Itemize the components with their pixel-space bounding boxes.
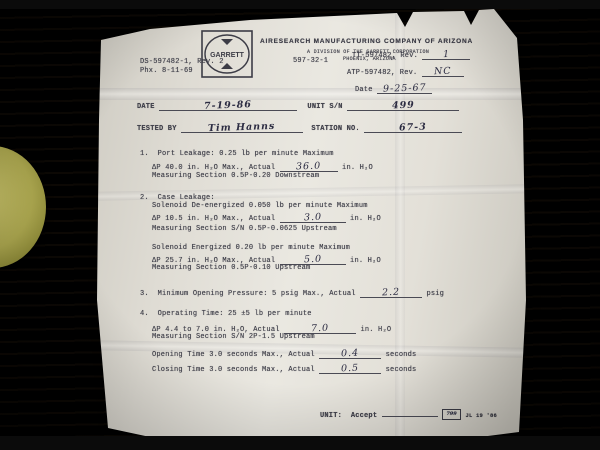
section2-value2-handwritten: 5.0 (303, 255, 321, 265)
section1-line1-post: in. H₂O (342, 164, 373, 172)
section3-value-handwritten: 2.2 (382, 288, 400, 298)
section2-line3-post: in. H₂O (350, 257, 381, 265)
atp-row: ATP-597482, Rev. NC (347, 67, 464, 77)
header-date-value-handwritten: 9-25-67 (383, 83, 427, 94)
section3-number: 3. (140, 290, 149, 298)
section2-sub1: Solenoid De-energized 0.050 lb per minut… (152, 202, 368, 210)
section4-title-text: Operating Time: 25 ±5 lb per minute (158, 310, 312, 318)
section4-line4-pre: Closing Time 3.0 seconds Max., Actual (152, 366, 315, 374)
accept-label: Accept (351, 412, 377, 420)
section2-value1-handwritten: 3.0 (303, 213, 321, 223)
section4-blank3: 0.5 (319, 364, 381, 374)
tested-by-label: TESTED BY (137, 125, 177, 133)
tested-by-blank: Tim Hanns (181, 123, 303, 133)
stamp-date: JL 19 '86 (465, 412, 497, 419)
unit-label: UNIT: (320, 412, 342, 420)
atp-value-handwritten: NC (434, 67, 452, 77)
section1-measuring-row: Measuring Section 0.5P-0.20 Downstream (152, 172, 319, 180)
paper-crease (95, 88, 527, 100)
tested-by-value-handwritten: Tim Hanns (208, 122, 276, 133)
section2-sub2: Solenoid Energized 0.20 lb per minute Ma… (152, 244, 350, 252)
section4-value3-handwritten: 0.5 (341, 364, 359, 374)
section4-line4-post: seconds (386, 366, 417, 374)
header-date-label: Date (355, 86, 373, 94)
document-paper-wrap: GARRETT AIRESEARCH MANUFACTURING COMPANY… (95, 8, 527, 437)
ti-row: TI-597482, Rev. 1 (352, 50, 470, 60)
doc-ref-line2: Phx. 8-11-69 (140, 67, 193, 75)
section3-title-post: psig (426, 290, 444, 298)
section4-measuring-row: Measuring Section S/N 2P-1.5 Upstream (152, 333, 315, 341)
section4-title: 4. Operating Time: 25 ±5 lb per minute (140, 310, 312, 318)
doc-ref-line1: DS-597482-1, Rev. 2 (140, 58, 224, 66)
section1-actual-row: ΔP 40.0 in. H₂O Max., Actual 36.0 in. H₂… (152, 162, 373, 172)
atp-blank: NC (422, 67, 464, 77)
company-name: AIRESEARCH MANUFACTURING COMPANY OF ARIZ… (260, 38, 473, 46)
unit-sn-label: UNIT S/N (307, 103, 342, 111)
garrett-logo: GARRETT (200, 28, 254, 80)
unit-sn-value-handwritten: 499 (391, 101, 414, 111)
letterbox-bottom (0, 436, 600, 450)
letterbox-top (0, 0, 600, 9)
section4-closing-time-row: Closing Time 3.0 seconds Max., Actual 0.… (152, 364, 416, 374)
ti-value-handwritten: 1 (443, 50, 450, 59)
form-date-value-handwritten: 7-19-86 (204, 100, 252, 111)
section4-blank2: 0.4 (319, 349, 381, 359)
document-paper: GARRETT AIRESEARCH MANUFACTURING COMPANY… (95, 8, 527, 437)
section1-blank: 36.0 (280, 162, 338, 172)
section2-number: 2. (140, 194, 149, 202)
header-date-row: Date 9-25-67 (355, 84, 432, 94)
section3-blank: 2.2 (360, 288, 422, 298)
unit-sn-blank: 499 (347, 101, 459, 111)
section4-opening-time-row: Opening Time 3.0 seconds Max., Actual 0.… (152, 349, 416, 359)
section4-line3-pre: Opening Time 3.0 seconds Max., Actual (152, 351, 315, 359)
station-blank: 67-3 (364, 123, 462, 133)
logo-triangle-down-icon (221, 39, 233, 45)
section2-line1-pre: ΔP 10.5 in. H₂O Max., Actual (152, 215, 275, 223)
section2-measuring-row2: Measuring Section 0.5P-0.10 Upstream (152, 264, 310, 272)
tested-by-row: TESTED BY Tim Hanns STATION NO. 67-3 (137, 123, 462, 133)
form-date-label: DATE (137, 103, 155, 111)
atp-label: ATP-597482, Rev. (347, 69, 417, 77)
footer-accept-row: UNIT: Accept 799 JL 19 '86 (320, 407, 497, 420)
photo-stage: GARRETT AIRESEARCH MANUFACTURING COMPANY… (0, 0, 600, 450)
section1-line1-pre: ΔP 40.0 in. H₂O Max., Actual (152, 164, 275, 172)
section4-line3-post: seconds (386, 351, 417, 359)
section4-line1-post: in. H₂O (360, 326, 391, 334)
section2-actual-row1: ΔP 10.5 in. H₂O Max., Actual 3.0 in. H₂O (152, 213, 381, 223)
section2-title-text: Case Leakage: (158, 194, 215, 202)
section3-title-pre: Minimum Opening Pressure: 5 psig Max., A… (158, 290, 356, 298)
inspection-stamp: 799 (442, 409, 461, 420)
section3-row: 3. Minimum Opening Pressure: 5 psig Max.… (140, 288, 444, 298)
doc-number-center: 597-32-1 (293, 57, 328, 65)
section4-number: 4. (140, 310, 149, 318)
section2-blank1: 3.0 (280, 213, 346, 223)
station-label: STATION NO. (311, 125, 359, 133)
section2-title: 2. Case Leakage: (140, 194, 215, 202)
section1-value-handwritten: 36.0 (296, 162, 321, 172)
accept-blank (382, 407, 438, 417)
section1-number: 1. (140, 150, 149, 158)
section1-title-text: Port Leakage: 0.25 lb per minute Maximum (158, 150, 334, 158)
form-date-blank: 7-19-86 (159, 101, 297, 111)
station-value-handwritten: 67-3 (399, 123, 427, 133)
section4-value1-handwritten: 7.0 (311, 324, 329, 334)
header-date-blank: 9-25-67 (377, 84, 432, 94)
section4-value2-handwritten: 0.4 (341, 349, 359, 359)
section2-line1-post: in. H₂O (350, 215, 381, 223)
section1-title: 1. Port Leakage: 0.25 lb per minute Maxi… (140, 150, 334, 158)
ti-blank: 1 (422, 50, 470, 60)
section2-measuring-row1: Measuring Section S/N 0.5P-0.0625 Upstre… (152, 225, 337, 233)
form-date-row: DATE 7-19-86 UNIT S/N 499 (137, 101, 459, 111)
ti-label: TI-597482, Rev. (352, 52, 418, 60)
